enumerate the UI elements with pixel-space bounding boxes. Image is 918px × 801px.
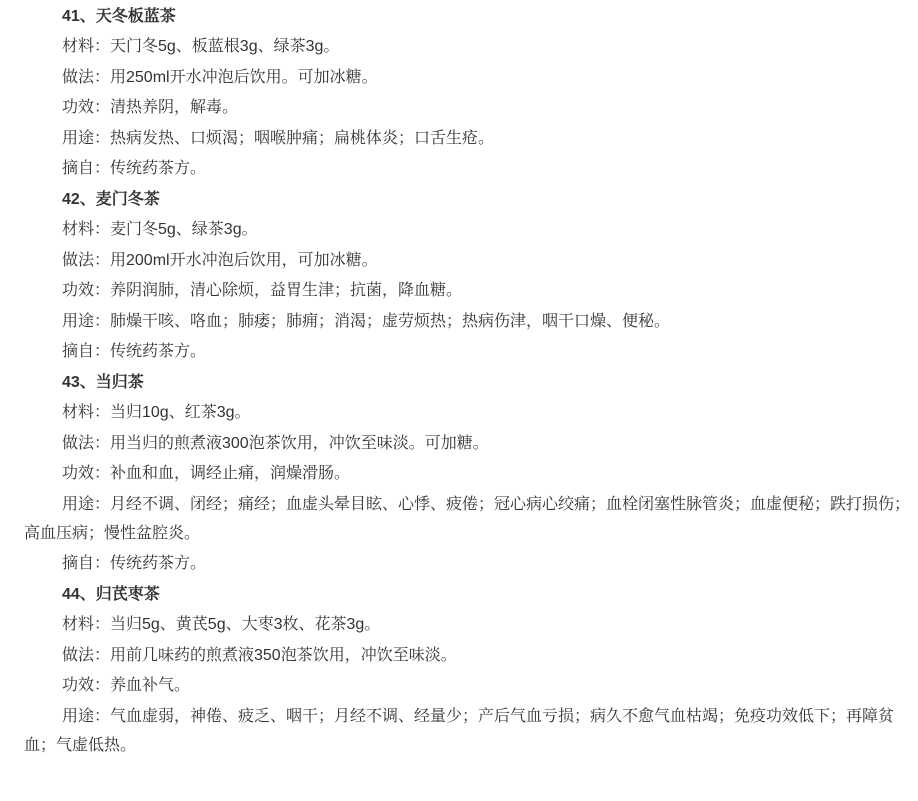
uses-paragraph: 用途：热病发热、口烦渴；咽喉肿痛；扁桃体炎；口舌生疮。	[24, 124, 915, 153]
method-paragraph: 做法：用250ml开水冲泡后饮用。可加冰糖。	[24, 63, 915, 92]
materials-paragraph: 材料：天门冬5g、板蓝根3g、绿茶3g。	[24, 32, 915, 61]
uses-paragraph: 用途：气血虚弱，神倦、疲乏、咽干；月经不调、经量少；产后气血亏损；病久不愈气血枯…	[24, 702, 915, 760]
materials-paragraph: 材料：当归5g、黄芪5g、大枣3枚、花茶3g。	[24, 610, 915, 639]
uses-paragraph: 用途：肺燥干咳、咯血；肺痿；肺痈；消渴；虚劳烦热；热病伤津，咽干口燥、便秘。	[24, 307, 915, 336]
tea-section-43: 43、当归茶 材料：当归10g、红茶3g。 做法：用当归的煎煮液300泡茶饮用，…	[24, 368, 915, 579]
source-paragraph: 摘自：传统药茶方。	[24, 549, 915, 578]
method-paragraph: 做法：用当归的煎煮液300泡茶饮用，冲饮至味淡。可加糖。	[24, 429, 915, 458]
section-title: 44、归芪枣茶	[24, 580, 915, 609]
tea-section-42: 42、麦门冬茶 材料：麦门冬5g、绿茶3g。 做法：用200ml开水冲泡后饮用，…	[24, 185, 915, 367]
section-title: 43、当归茶	[24, 368, 915, 397]
materials-paragraph: 材料：麦门冬5g、绿茶3g。	[24, 215, 915, 244]
method-paragraph: 做法：用前几味药的煎煮液350泡茶饮用，冲饮至味淡。	[24, 641, 915, 670]
method-paragraph: 做法：用200ml开水冲泡后饮用，可加冰糖。	[24, 246, 915, 275]
section-title: 42、麦门冬茶	[24, 185, 915, 214]
document-page: 41、天冬板蓝茶 材料：天门冬5g、板蓝根3g、绿茶3g。 做法：用250ml开…	[0, 2, 918, 760]
effects-paragraph: 功效：补血和血，调经止痛，润燥滑肠。	[24, 459, 915, 488]
effects-paragraph: 功效：养阴润肺，清心除烦，益胃生津；抗菌，降血糖。	[24, 276, 915, 305]
materials-paragraph: 材料：当归10g、红茶3g。	[24, 398, 915, 427]
uses-paragraph: 用途：月经不调、闭经；痛经；血虚头晕目眩、心悸、疲倦；冠心病心绞痛；血栓闭塞性脉…	[24, 490, 915, 548]
source-paragraph: 摘自：传统药茶方。	[24, 154, 915, 183]
effects-paragraph: 功效：清热养阴，解毒。	[24, 93, 915, 122]
effects-paragraph: 功效：养血补气。	[24, 671, 915, 700]
tea-section-44: 44、归芪枣茶 材料：当归5g、黄芪5g、大枣3枚、花茶3g。 做法：用前几味药…	[24, 580, 915, 760]
tea-section-41: 41、天冬板蓝茶 材料：天门冬5g、板蓝根3g、绿茶3g。 做法：用250ml开…	[24, 2, 915, 184]
section-title: 41、天冬板蓝茶	[24, 2, 915, 31]
source-paragraph: 摘自：传统药茶方。	[24, 337, 915, 366]
